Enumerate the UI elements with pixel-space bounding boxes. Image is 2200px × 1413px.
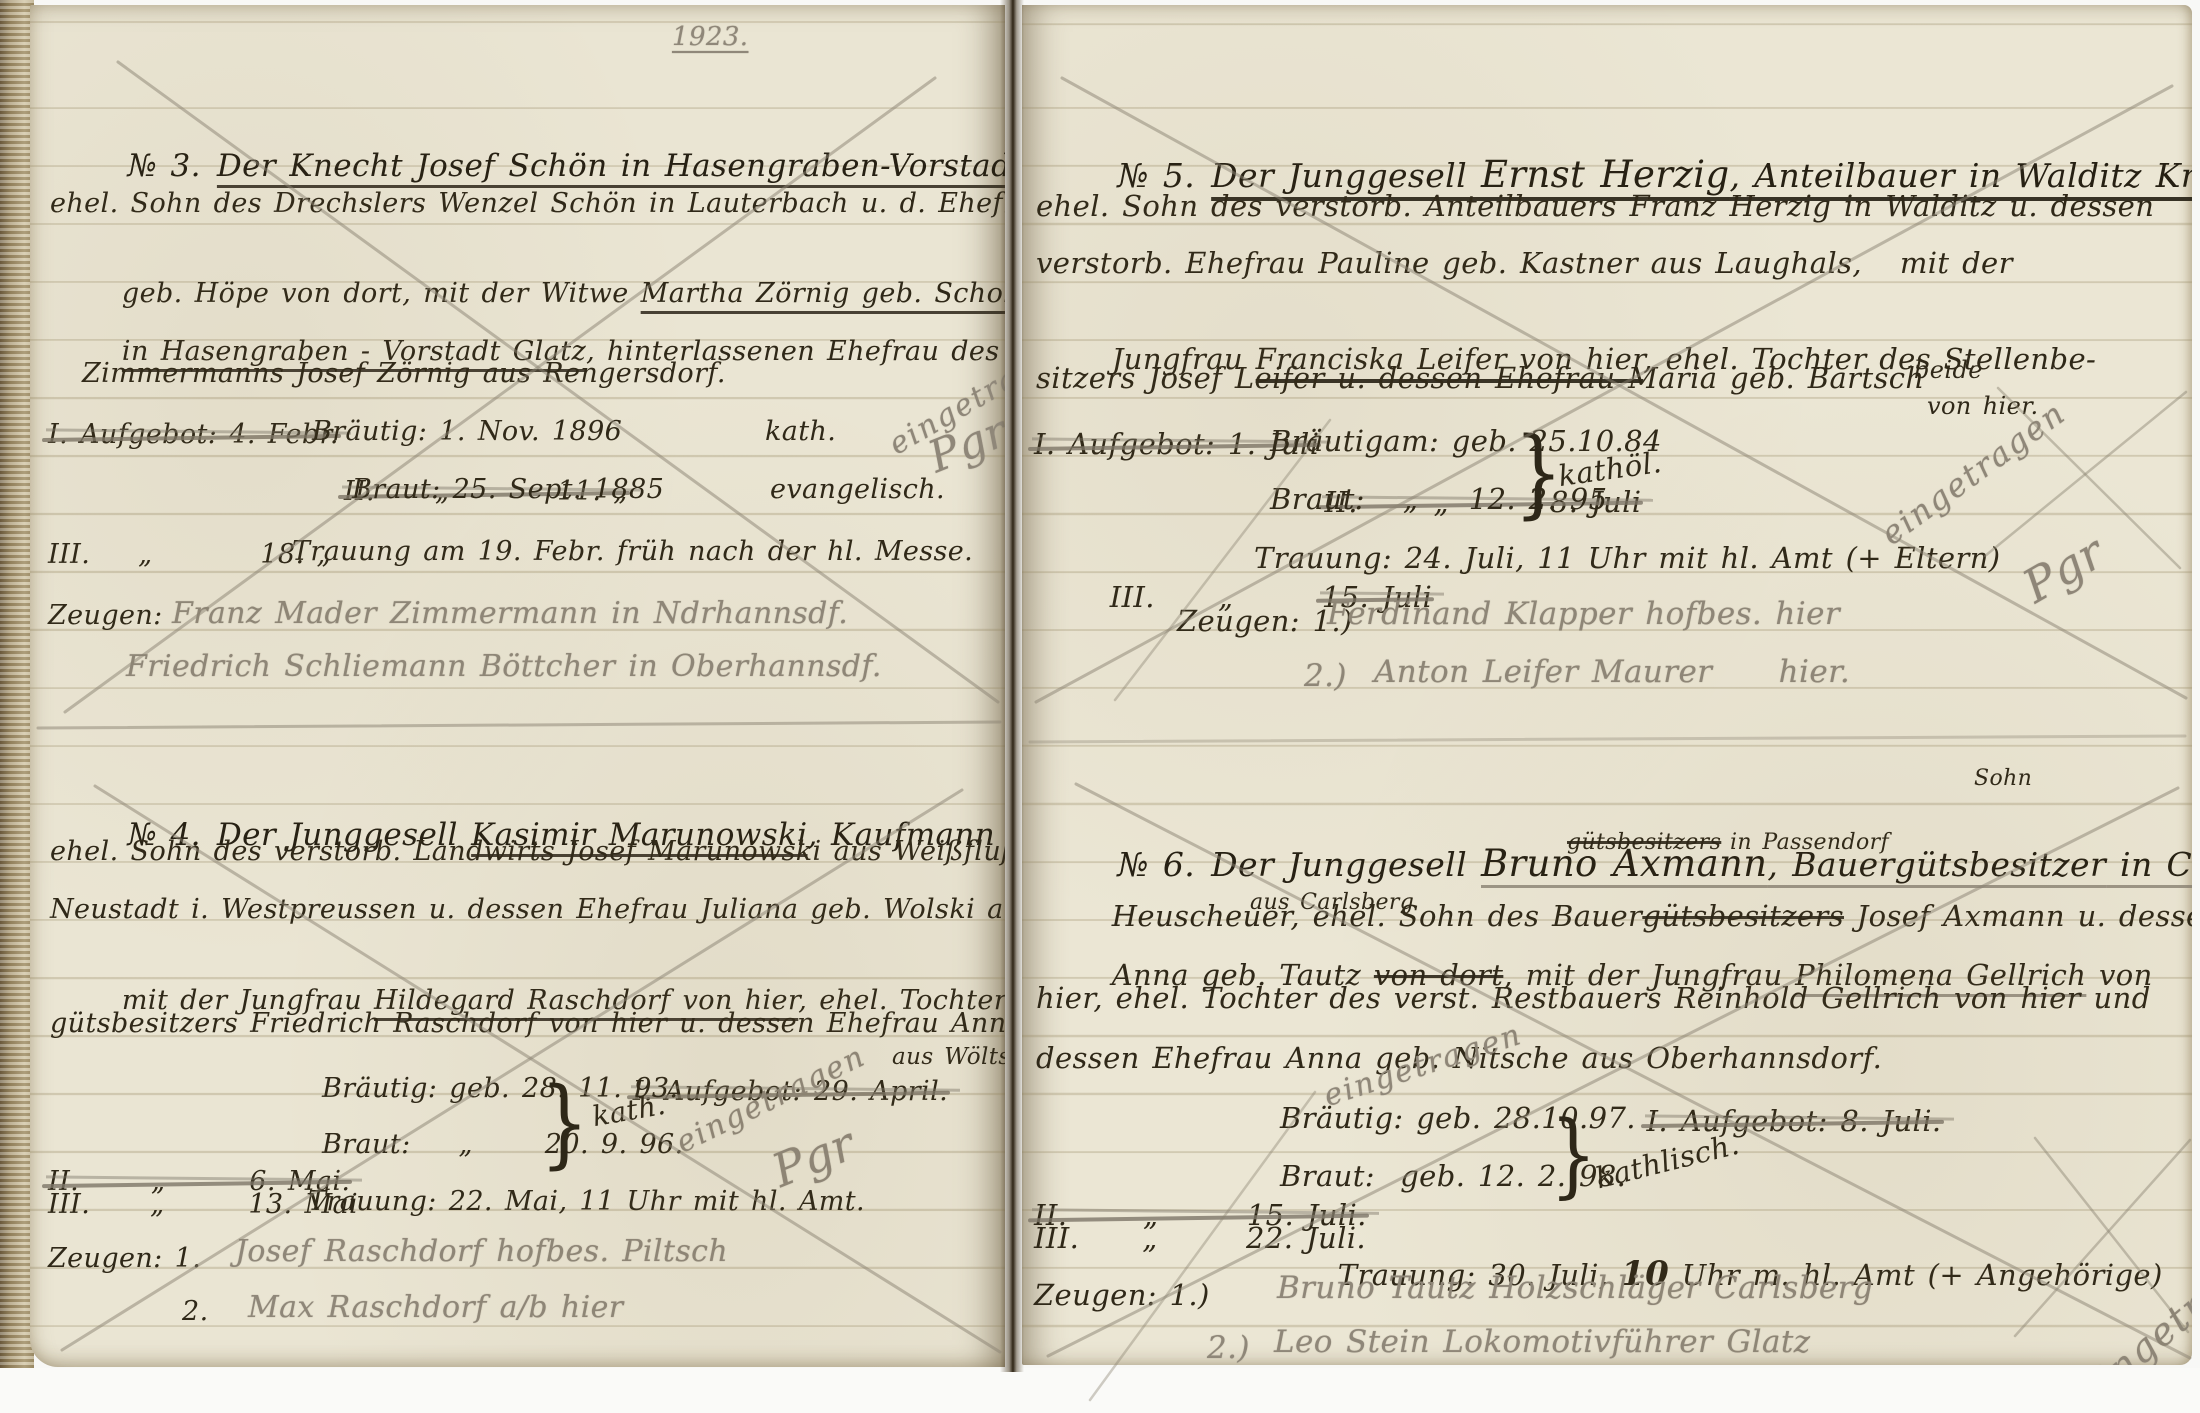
- entry4-bride-parents-line: gütsbesitzers Friedrich Raschdorf von hi…: [50, 1007, 1005, 1041]
- entry3-witness-2: Friedrich Schliemann Böttcher in Oberhan…: [126, 648, 882, 686]
- book-page-block-edge: [0, 0, 34, 1392]
- entry4-bride-birthdate: Braut: „ 20. 9. 96.: [322, 1128, 684, 1162]
- page-right: № 5.Der Junggesell Ernst Herzig, Anteilb…: [1022, 5, 2192, 1365]
- entry5-witness-1: Ferdinand Klapper hofbes. hier: [1327, 595, 1840, 634]
- entry3-wedding-info: Trauung am 19. Febr. früh nach der hl. M…: [292, 535, 973, 569]
- page-left: 1923. № 3.Der Knecht Josef Schön in Hase…: [30, 5, 1005, 1367]
- entry6-bride-parents-line: hier, ehel. Tochter des verst. Restbauer…: [1036, 980, 2151, 1016]
- book-gutter: [1000, 0, 1024, 1372]
- entry6-head-correction-sohn: Sohn: [1974, 765, 2032, 793]
- entry5-groom-mother-line: verstorb. Ehefrau Pauline geb. Kastner a…: [1036, 245, 2013, 281]
- entry6-witnesses-label: Zeugen: 1.): [1034, 1277, 1210, 1313]
- entry4-groom-origin-line: Neustadt i. Westpreussen u. dessen Ehefr…: [50, 893, 1005, 927]
- entry3-number: № 3.: [128, 148, 201, 184]
- entry4-witness2-label: 2.: [182, 1295, 209, 1329]
- entry3-bride-religion: evangelisch.: [770, 473, 945, 507]
- entry5-registrar-initials: Pgr: [2013, 524, 2114, 616]
- entry4-witness-1: Josef Raschdorf hofbes. Piltsch: [235, 1233, 728, 1271]
- entry6-line2-correction-b: in Passendorf: [1730, 829, 1889, 857]
- entry3-banns3-label: III. „ 18. „: [48, 538, 331, 572]
- entry3-groom-parents-line: ehel. Sohn des Drechslers Wenzel Schön i…: [50, 187, 1005, 221]
- register-scan: 1923. № 3.Der Knecht Josef Schön in Hase…: [0, 0, 2200, 1413]
- year-note: 1923.: [672, 21, 748, 54]
- entry4-groom-parents-line: ehel. Sohn des verstorb. Landwirts Josef…: [50, 835, 1005, 869]
- entry3-late-husband-line: Zimmermanns Josef Zörnig aus Rengersdorf…: [82, 357, 726, 391]
- entry3-groom-religion: kath.: [765, 415, 836, 449]
- entry5-witness2-label: 2.): [1304, 657, 1347, 696]
- entry6-witness-2: Leo Stein Lokomotivführer Glatz: [1274, 1323, 1810, 1362]
- entry6-witness2-label: 2.): [1207, 1329, 1250, 1365]
- entry3-groom-birthdate: Bräutig: 1. Nov. 1896: [312, 415, 622, 449]
- entry5-wedding-info: Trauung: 24. Juli, 11 Uhr mit hl. Amt (+…: [1254, 540, 2001, 576]
- entry6-line2-correction-a: gütsbesitzers: [1567, 829, 1721, 857]
- entry3-witness-1: Franz Mader Zimmermann in Ndrhannsdf.: [172, 595, 848, 633]
- entry5-groom-parents-line: ehel. Sohn des verstorb. Anteilbauers Fr…: [1036, 188, 2154, 224]
- entry6-dates-brace: }: [1550, 1097, 1597, 1212]
- entry4-wedding-info: Trauung: 22. Mai, 11 Uhr mit hl. Amt.: [308, 1185, 865, 1219]
- entry3-headline: Der Knecht Josef Schön in Hasengraben-Vo…: [217, 148, 1005, 184]
- entry4-bride-mother-origin: aus Wöltsch.: [892, 1043, 1005, 1072]
- entry5-dates-brace: }: [1514, 413, 1563, 533]
- entry5-both-note-a: beide: [1914, 355, 1983, 385]
- entry6-banns1-label: I. Aufgebot: 8. Juli.: [1647, 1103, 1942, 1139]
- entry5-bride-parents-line: sitzers Josef Leifer u. dessen Ehefrau M…: [1036, 360, 1925, 396]
- entry6-line3-correction: aus Carlsberg: [1250, 889, 1414, 917]
- entry4-witness-2: Max Raschdorf a/b hier: [248, 1289, 624, 1327]
- entry5-witness-2: Anton Leifer Maurer hier.: [1374, 653, 1850, 692]
- scan-background: [0, 1368, 2200, 1413]
- entry3-bride-birthdate: Braut: 25. Sept. 1885: [352, 473, 664, 507]
- entry3-banns1-label: I. Aufgebot: 4. Febr.: [48, 418, 339, 452]
- entry4-dates-brace: }: [540, 1063, 589, 1183]
- entry6-witness-1: Bruno Tautz Holzschläger Carlsberg: [1277, 1269, 1873, 1308]
- entry3-witnesses-label: Zeugen:: [48, 599, 163, 633]
- entry4-witnesses-label: Zeugen: 1.: [48, 1242, 201, 1276]
